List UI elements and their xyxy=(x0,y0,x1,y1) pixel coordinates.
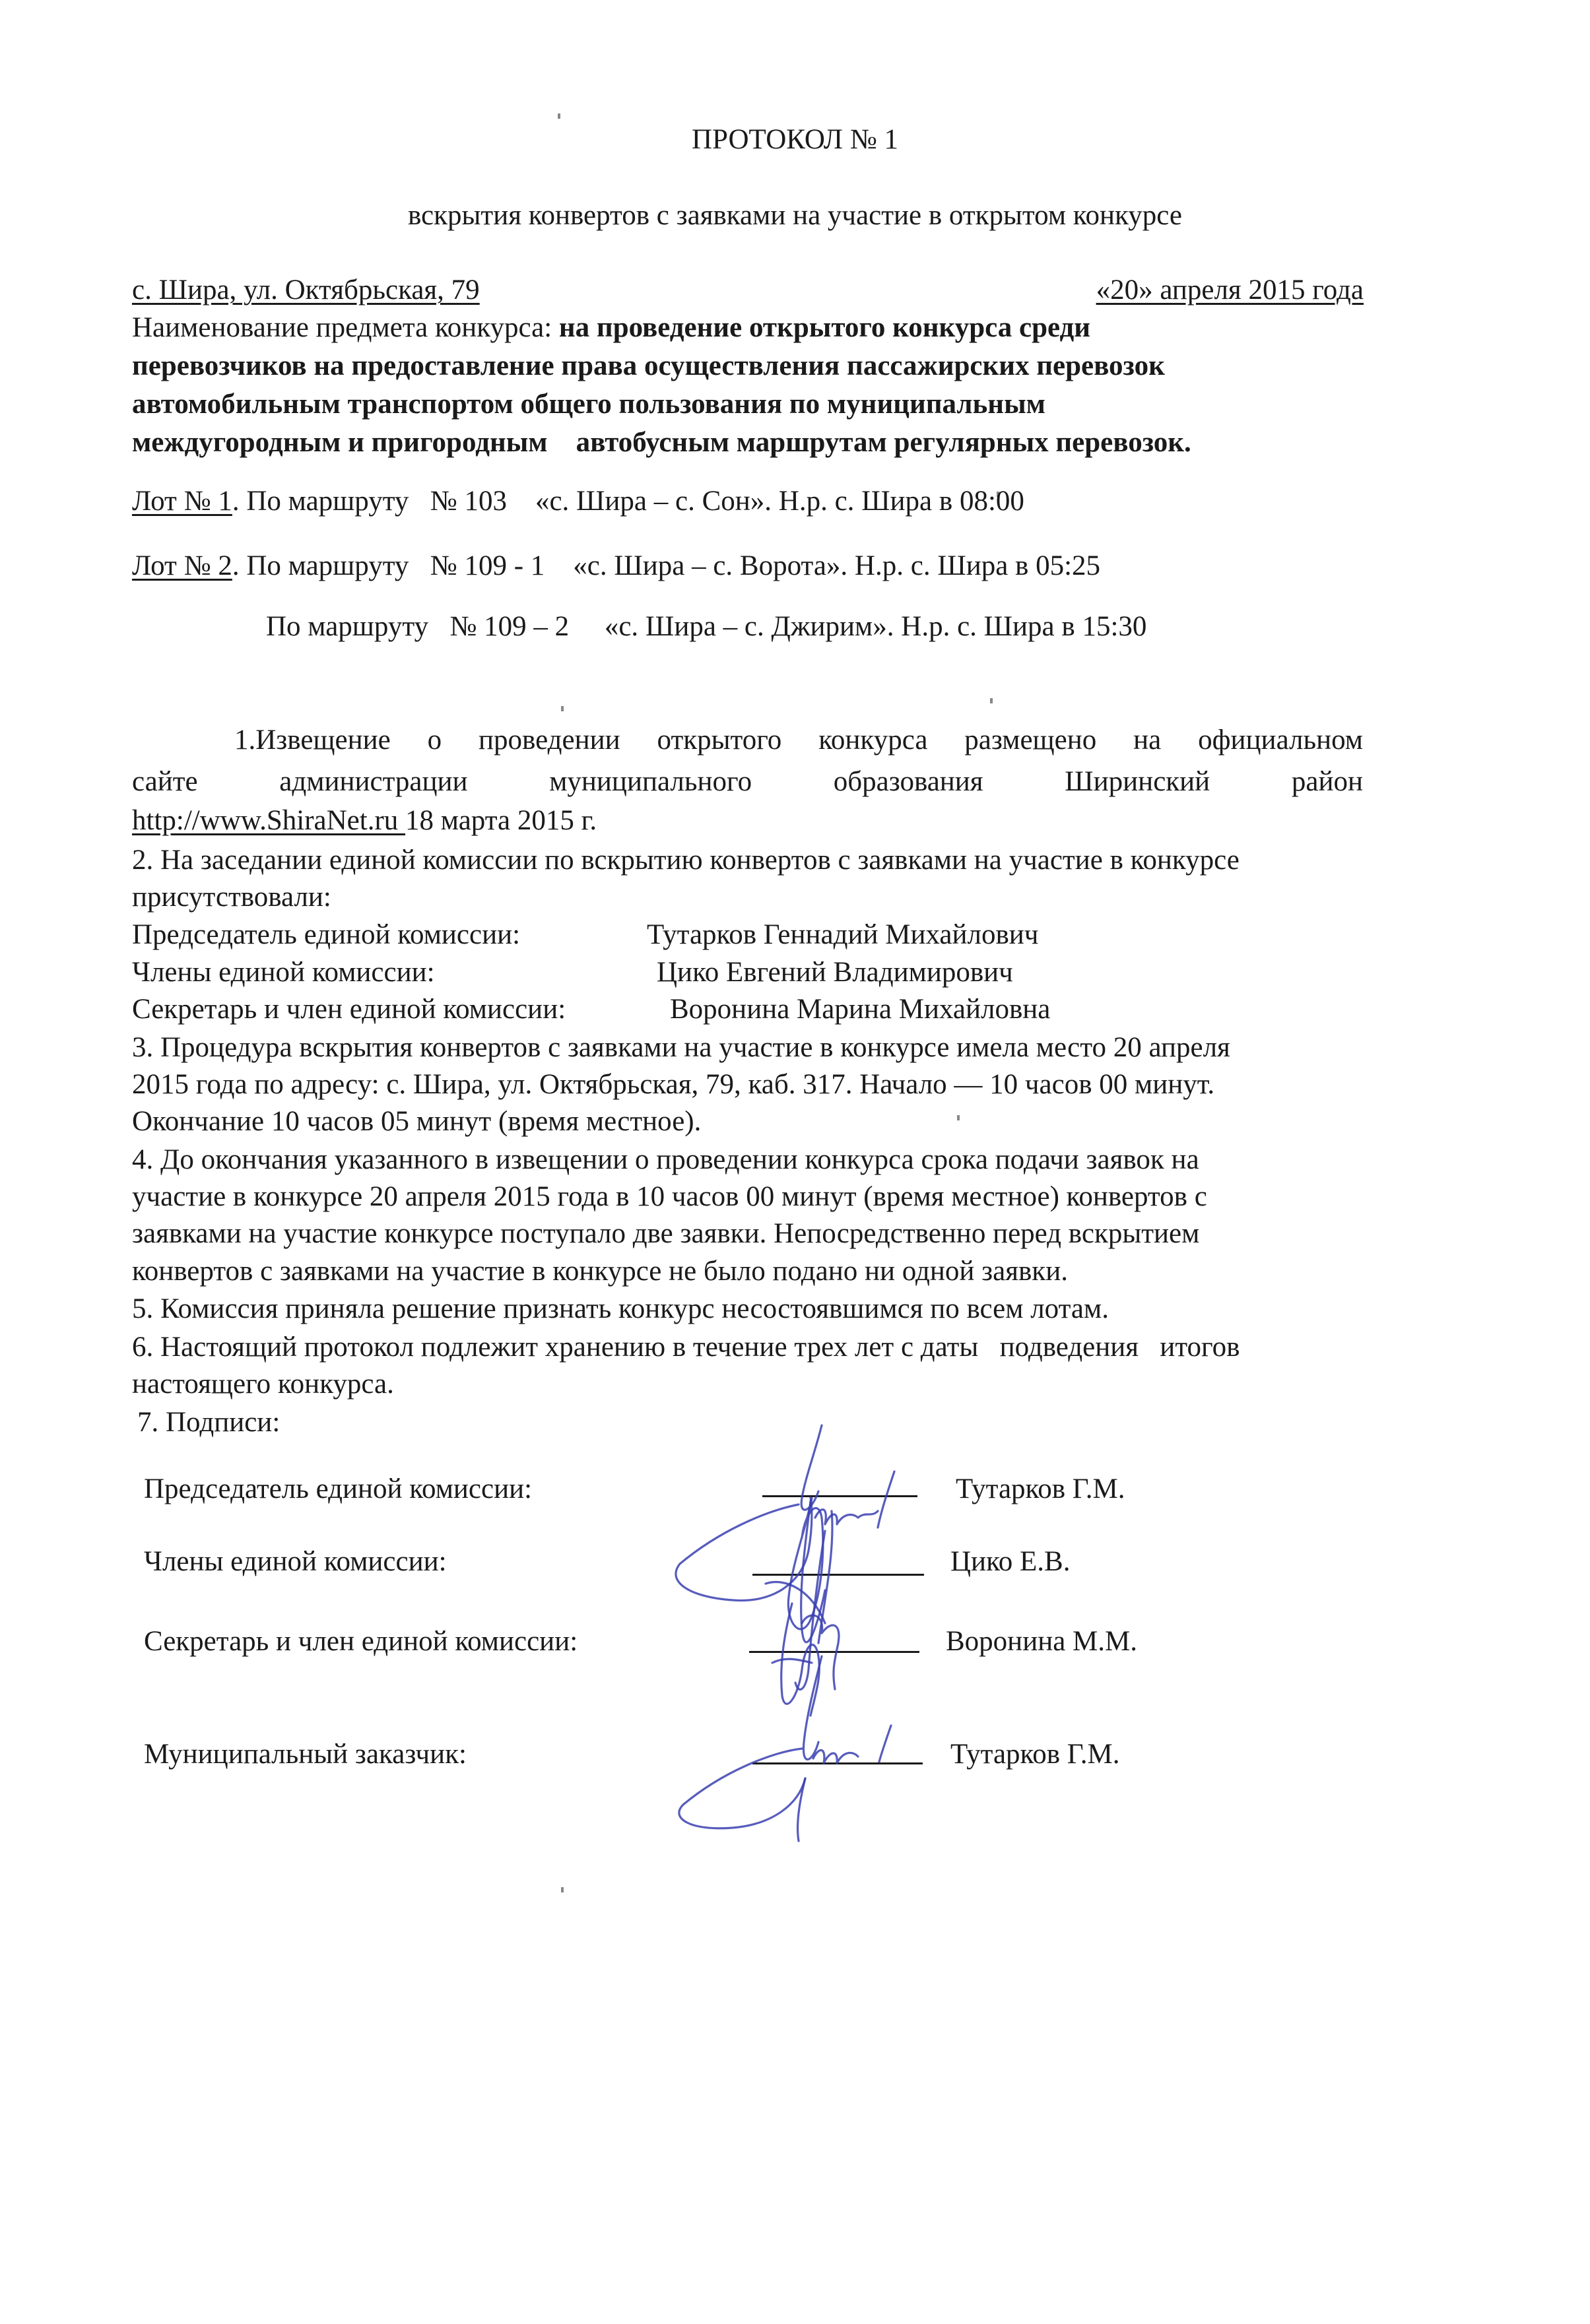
signature-name-members: Цико Е.В. xyxy=(950,1545,1070,1578)
handwritten-signature-customer-icon xyxy=(660,1650,924,1848)
lot-2-label: Лот № 2 xyxy=(132,550,232,581)
shiranet-link[interactable]: http://www.ShiraNet.ru xyxy=(132,805,405,836)
scan-speck xyxy=(561,1887,564,1892)
subject-line: на проведение открытого конкурса среди xyxy=(559,312,1090,343)
lot-2-route-2: По маршруту № 109 – 2 «с. Шира – с. Джир… xyxy=(266,612,1146,641)
subject-label: Наименование предмета конкурса: xyxy=(132,312,559,343)
section-1-line-2: сайте администрации муниципального образ… xyxy=(132,767,1363,796)
signature-name-chair: Тутарков Г.М. xyxy=(956,1473,1125,1505)
contest-subject: Наименование предмета конкурса: на прове… xyxy=(132,309,1365,462)
scan-speck xyxy=(561,706,564,711)
section-4-line: 4. До окончания указанного в извещении о… xyxy=(132,1146,1199,1174)
attendee-name: Воронина Марина Михайловна xyxy=(670,995,1050,1023)
publish-date: 18 марта 2015 г. xyxy=(405,805,597,836)
section-6-line: настоящего конкурса. xyxy=(132,1370,394,1398)
document-subtitle: вскрытия конвертов с заявками на участие… xyxy=(0,201,1590,230)
scan-speck xyxy=(558,113,560,119)
section-5: 5. Комиссия приняла решение признать кон… xyxy=(132,1295,1109,1323)
section-1-line-3: http://www.ShiraNet.ru 18 марта 2015 г. xyxy=(132,806,597,835)
document-date: «20» апреля 2015 года xyxy=(1096,276,1364,304)
section-4-line: участие в конкурсе 20 апреля 2015 года в… xyxy=(132,1182,1207,1211)
document-title: ПРОТОКОЛ № 1 xyxy=(0,125,1590,154)
section-3-line: 3. Процедура вскрытия конвертов с заявка… xyxy=(132,1033,1230,1062)
signature-role-members: Члены единой комиссии: xyxy=(144,1545,447,1578)
section-2-line-2: присутствовали: xyxy=(132,883,331,911)
document-page: ПРОТОКОЛ № 1 вскрытия конвертов с заявка… xyxy=(0,0,1590,2324)
attendee-role: Члены единой комиссии: xyxy=(132,958,435,986)
lot-1-route: . По маршруту № 103 «с. Шира – с. Сон». … xyxy=(232,486,1024,517)
signature-role-customer: Муниципальный заказчик: xyxy=(144,1738,467,1770)
signature-role-chair: Председатель единой комиссии: xyxy=(144,1473,532,1505)
lot-2-route: . По маршруту № 109 - 1 «с. Шира – с. Во… xyxy=(232,550,1100,581)
scan-speck xyxy=(957,1115,960,1120)
section-3-line: Окончание 10 часов 05 минут (время местн… xyxy=(132,1107,701,1136)
section-1-line-1: 1.Извещение о проведении открытого конку… xyxy=(234,726,1363,754)
attendee-name: Цико Евгений Владимирович xyxy=(657,958,1013,986)
signature-role-secretary: Секретарь и член единой комиссии: xyxy=(144,1625,578,1658)
section-4-line: конвертов с заявками на участие в конкур… xyxy=(132,1257,1068,1285)
scan-speck xyxy=(990,698,993,703)
attendee-name: Тутарков Геннадий Михайлович xyxy=(647,920,1038,949)
document-place: с. Шира, ул. Октябрьская, 79 xyxy=(132,276,480,304)
lot-2: Лот № 2. По маршруту № 109 - 1 «с. Шира … xyxy=(132,552,1100,580)
lot-1-label: Лот № 1 xyxy=(132,486,232,517)
signature-name-customer: Тутарков Г.М. xyxy=(950,1738,1120,1770)
section-7-heading: 7. Подписи: xyxy=(137,1408,280,1436)
subject-line: автомобильным транспортом общего пользов… xyxy=(132,385,1365,424)
subject-line: междугородным и пригородным автобусным м… xyxy=(132,424,1365,462)
section-4-line: заявками на участие конкурсе поступало д… xyxy=(132,1219,1199,1248)
section-2-line-1: 2. На заседании единой комиссии по вскры… xyxy=(132,846,1240,874)
section-6-line: 6. Настоящий протокол подлежит хранению … xyxy=(132,1333,1240,1361)
signature-name-secretary: Воронина М.М. xyxy=(946,1625,1137,1658)
section-3-line: 2015 года по адресу: с. Шира, ул. Октябр… xyxy=(132,1070,1214,1099)
subject-line: перевозчиков на предоставление права осу… xyxy=(132,347,1365,385)
lot-1: Лот № 1. По маршруту № 103 «с. Шира – с.… xyxy=(132,487,1024,515)
attendee-role: Секретарь и член единой комиссии: xyxy=(132,995,566,1023)
attendee-role: Председатель единой комиссии: xyxy=(132,920,520,949)
